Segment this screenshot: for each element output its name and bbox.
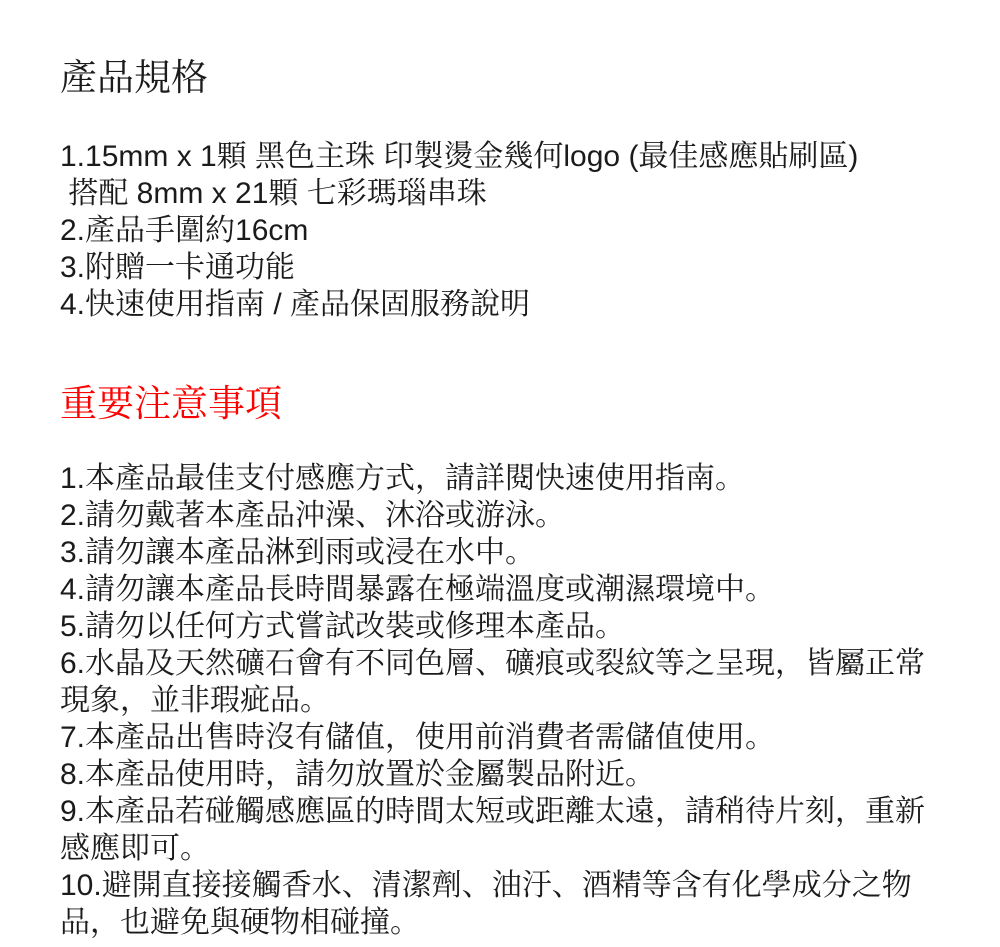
- spec-line: 4.快速使用指南 / 產品保固服務說明: [60, 286, 960, 323]
- specs-heading: 產品規格: [60, 56, 960, 100]
- note-line: 6.水晶及天然礦石會有不同色層、礦痕或裂紋等之呈現，皆屬正常: [60, 645, 960, 682]
- important-notes-heading: 重要注意事項: [60, 382, 960, 426]
- note-line: 7.本產品出售時沒有儲值，使用前消費者需儲值使用。: [60, 719, 960, 756]
- note-line: 10.避開直接接觸香水、清潔劑、油汙、酒精等含有化學成分之物: [60, 867, 960, 904]
- note-line: 8.本產品使用時，請勿放置於金屬製品附近。: [60, 756, 960, 793]
- spec-line: 2.產品手圍約16cm: [60, 212, 960, 249]
- spec-line: 1.15mm x 1顆 黑色主珠 印製燙金幾何logo (最佳感應貼刷區): [60, 138, 960, 175]
- note-line: 2.請勿戴著本產品沖澡、沐浴或游泳。: [60, 497, 960, 534]
- specs-list: 1.15mm x 1顆 黑色主珠 印製燙金幾何logo (最佳感應貼刷區) 搭配…: [60, 138, 960, 323]
- spec-line: 搭配 8mm x 21顆 七彩瑪瑙串珠: [60, 175, 960, 212]
- notes-list: 1.本產品最佳支付感應方式，請詳閱快速使用指南。 2.請勿戴著本產品沖澡、沐浴或…: [60, 460, 960, 941]
- note-line: 4.請勿讓本產品長時間暴露在極端溫度或潮濕環境中。: [60, 571, 960, 608]
- note-line: 3.請勿讓本產品淋到雨或浸在水中。: [60, 534, 960, 571]
- note-line-wrap: 現象，並非瑕疵品。: [60, 682, 960, 719]
- product-description-page: 產品規格 1.15mm x 1顆 黑色主珠 印製燙金幾何logo (最佳感應貼刷…: [0, 0, 1000, 941]
- note-line: 5.請勿以任何方式嘗試改裝或修理本產品。: [60, 608, 960, 645]
- note-line: 9.本產品若碰觸感應區的時間太短或距離太遠，請稍待片刻，重新: [60, 793, 960, 830]
- note-line-wrap: 感應即可。: [60, 830, 960, 867]
- spec-line: 3.附贈一卡通功能: [60, 249, 960, 286]
- note-line: 1.本產品最佳支付感應方式，請詳閱快速使用指南。: [60, 460, 960, 497]
- note-line-wrap: 品，也避免與硬物相碰撞。: [60, 904, 960, 941]
